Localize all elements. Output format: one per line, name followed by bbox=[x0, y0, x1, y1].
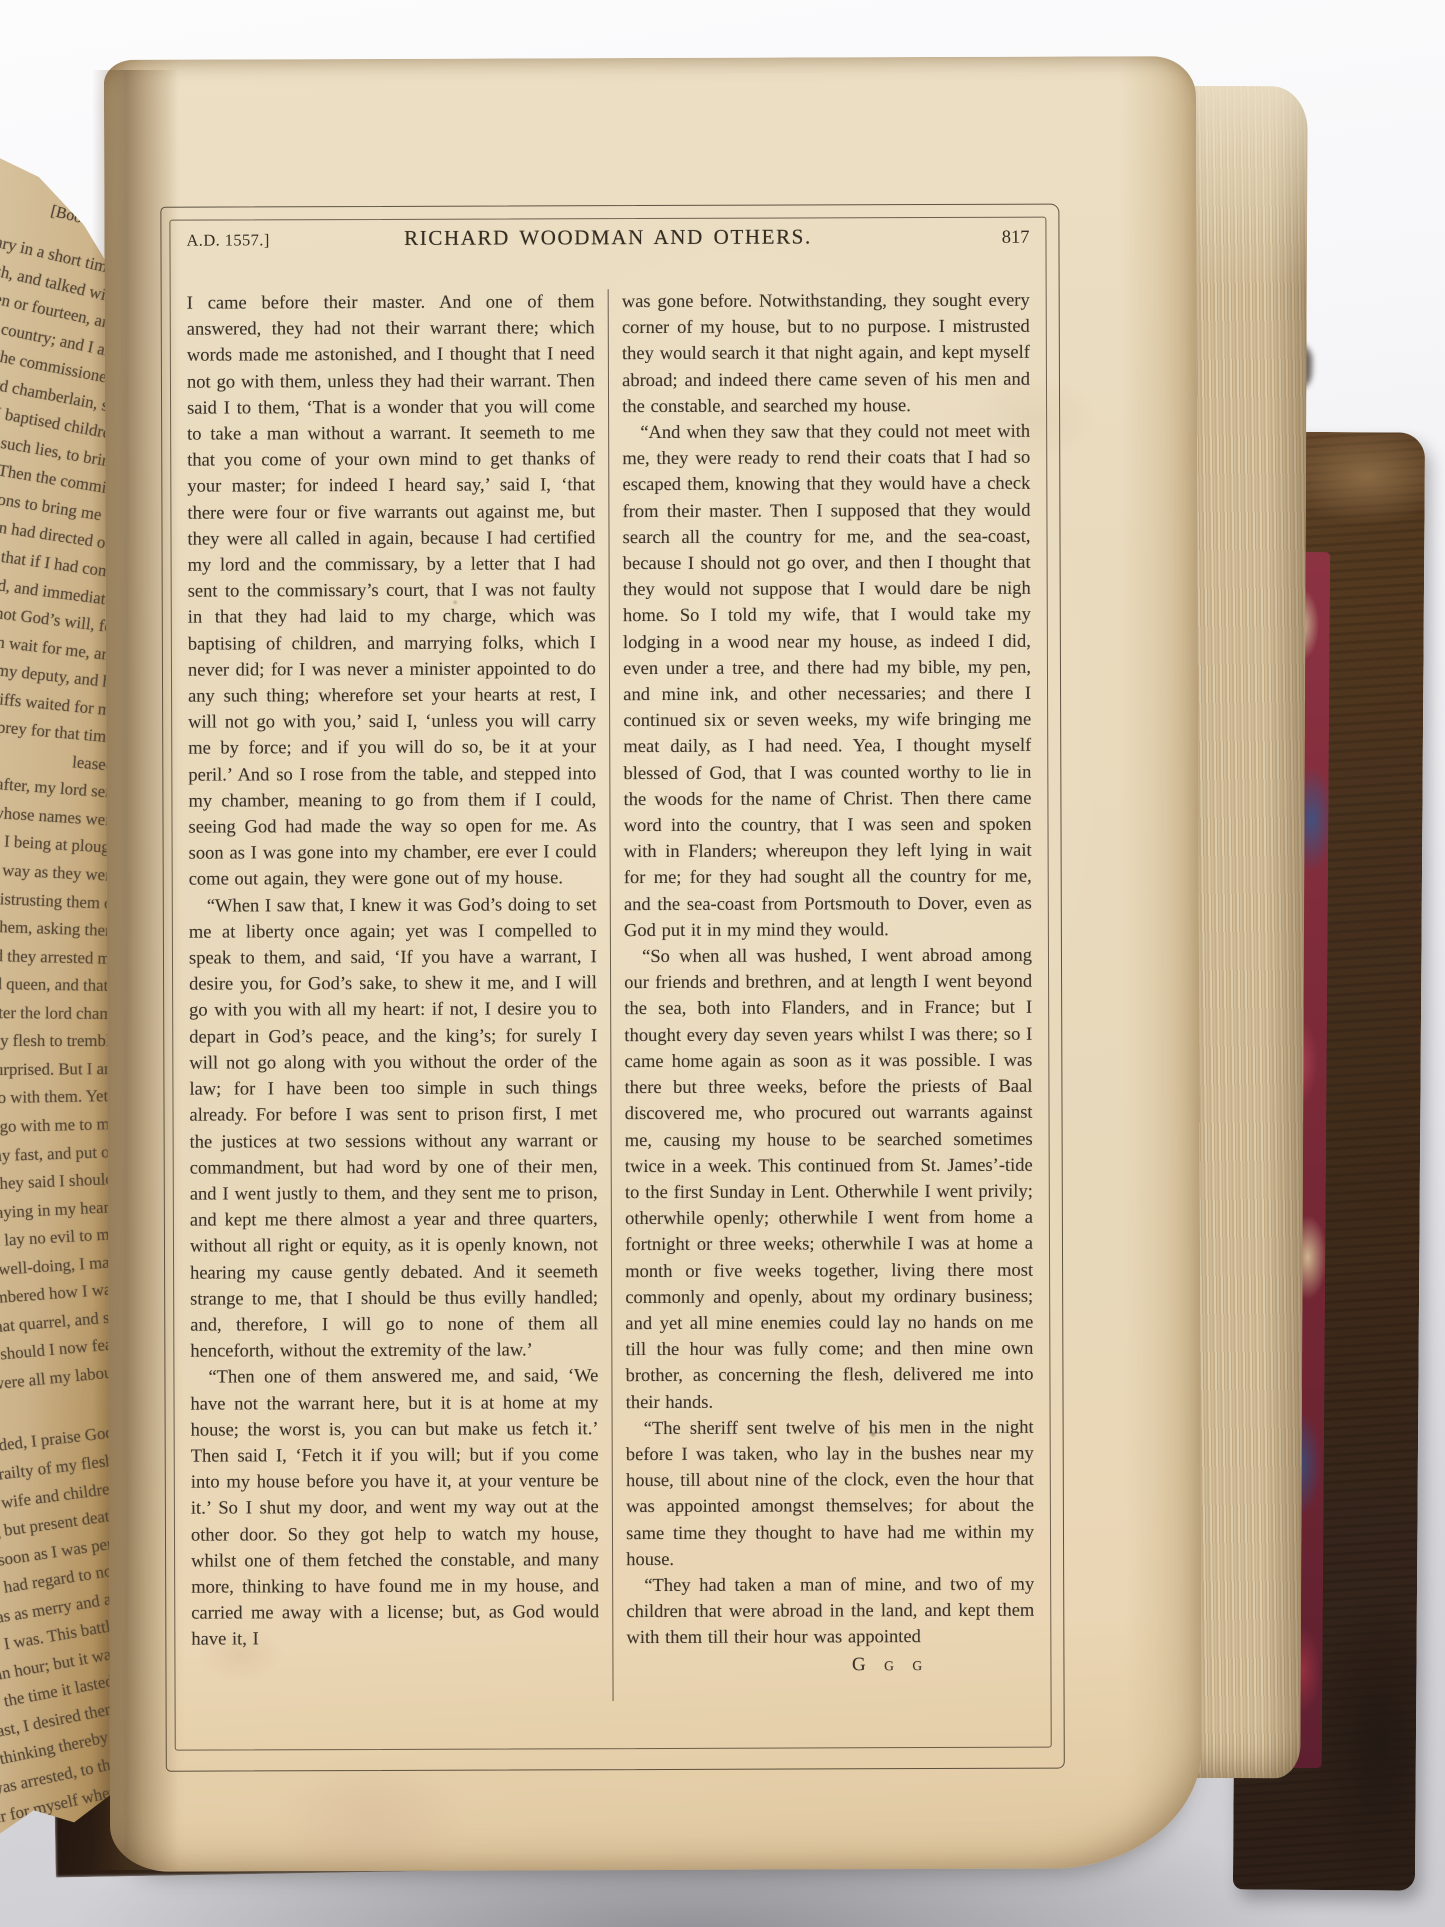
text-columns: I came before their master. And one of t… bbox=[187, 288, 1035, 1703]
right-text-column: was gone before. Notwithstanding, they s… bbox=[609, 288, 1035, 1701]
paragraph: I came before their master. And one of t… bbox=[187, 289, 597, 893]
fragment-line: ade my flesh to tremble bbox=[0, 1027, 118, 1055]
paragraph: “So when all was hushed, I went abroad a… bbox=[624, 943, 1034, 1416]
main-page: A.D. 1557.] RICHARD WOODMAN AND OTHERS. … bbox=[104, 56, 1202, 1872]
left-text-column: I came before their master. And one of t… bbox=[187, 289, 613, 1702]
photo-scene: { "scene": { "description": "Photograph … bbox=[0, 0, 1445, 1927]
page-header: A.D. 1557.] RICHARD WOODMAN AND OTHERS. … bbox=[186, 224, 1029, 281]
paragraph: “The sheriff sent twelve of his men in t… bbox=[626, 1414, 1034, 1573]
printed-page-frame: A.D. 1557.] RICHARD WOODMAN AND OTHERS. … bbox=[160, 204, 1064, 1772]
paragraph: “They had taken a man of mine, and two o… bbox=[626, 1572, 1034, 1652]
paragraph: “Then one of them answered me, and said,… bbox=[190, 1364, 599, 1654]
fragment-line: d go with them. Yet I bbox=[0, 1082, 118, 1114]
paragraph: “And when they saw that they could not m… bbox=[622, 419, 1032, 944]
running-header: RICHARD WOODMAN AND OTHERS. bbox=[346, 224, 869, 251]
paragraph: “When I saw that, I knew it was God’s do… bbox=[189, 892, 599, 1365]
left-page-partial: [Book IX. rary in a short time.arish, an… bbox=[0, 132, 122, 1864]
printed-page-frame-inner: A.D. 1557.] RICHARD WOODMAN AND OTHERS. … bbox=[169, 217, 1051, 1751]
signature-mark: G G G bbox=[627, 1651, 1035, 1680]
page-number: 817 bbox=[869, 228, 1029, 250]
left-page-fragments: rary in a short time.arish, and talked w… bbox=[0, 256, 118, 1804]
fragment-line: said they arrested me bbox=[0, 939, 118, 973]
fragment-line: ir master the lord cham- bbox=[0, 998, 118, 1027]
right-column-paragraphs: was gone before. Notwithstanding, they s… bbox=[622, 288, 1035, 1652]
fragment-line: y surprised. But I an- bbox=[0, 1055, 118, 1085]
year-label: A.D. 1557.] bbox=[186, 230, 346, 251]
paragraph: was gone before. Notwithstanding, they s… bbox=[622, 288, 1030, 420]
fragment-line: and queen, and that I bbox=[0, 968, 118, 1000]
